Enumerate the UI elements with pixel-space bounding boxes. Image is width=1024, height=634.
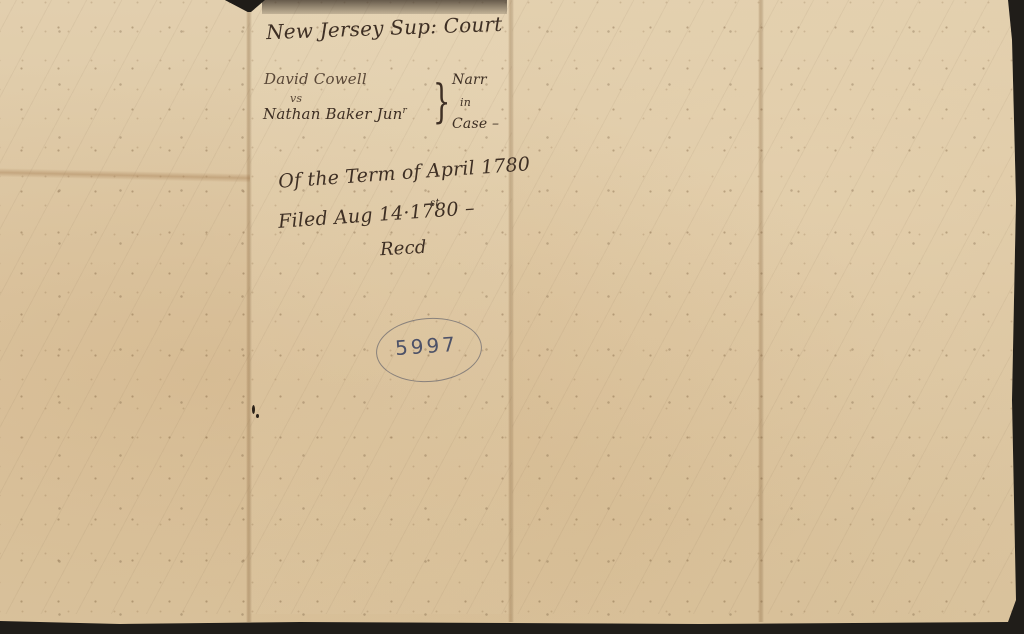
fold-crease-vertical: [758, 0, 764, 622]
fold-panel-right-outer: [762, 0, 1016, 614]
brace-icon: }: [433, 78, 451, 124]
paper-sheet: New Jersey Sup: Court David Cowell vs Na…: [0, 0, 1016, 624]
fold-panel-right-inner: [512, 0, 762, 614]
bleed-through-text: [762, 0, 1016, 614]
archive-number: 5997: [394, 332, 458, 360]
defendant-name: Nathan Baker Junr: [263, 105, 407, 123]
defendant-name-text: Nathan Baker Jun: [263, 105, 403, 123]
fold-panel-left: [0, 0, 250, 614]
fold-crease-vertical: [508, 0, 514, 622]
versus-mark: vs: [290, 92, 302, 105]
ink-blot: [252, 405, 255, 414]
pleading-line-1: Narr: [452, 72, 487, 88]
pleading-line-2: in: [460, 96, 471, 109]
bleed-through-text: [512, 0, 762, 614]
fold-crease-vertical: [246, 0, 252, 622]
pleading-line-3: Case –: [452, 116, 499, 132]
received-mark: Recd: [379, 237, 427, 260]
bleed-through-text: [0, 0, 250, 614]
scan-background: New Jersey Sup: Court David Cowell vs Na…: [0, 0, 1024, 634]
plaintiff-name: David Cowell: [264, 70, 367, 88]
ink-blot: [256, 414, 259, 418]
top-edge-shadow: [262, 0, 507, 14]
defendant-suffix: r: [403, 106, 408, 116]
